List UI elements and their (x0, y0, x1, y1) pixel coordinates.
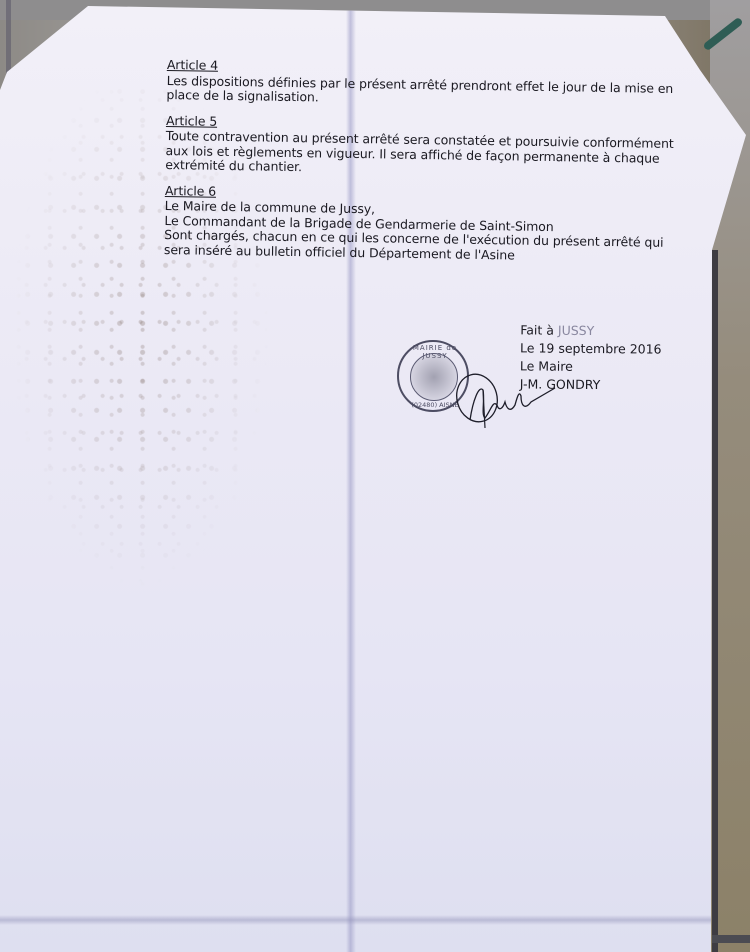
article-title: Article 5 (166, 113, 217, 128)
handwritten-signature-icon (445, 370, 575, 430)
horizontal-fold-crease (0, 915, 720, 925)
article-title: Article 4 (167, 58, 218, 73)
article-title: Article 6 (165, 183, 216, 198)
document-body: Article 4 Les dispositions définies par … (164, 58, 667, 276)
article-4: Article 4 Les dispositions définies par … (166, 58, 667, 110)
place-name: JUSSY (558, 323, 594, 338)
fence-bar-bottom (712, 935, 750, 943)
date-line: Le 19 septembre 2016 (520, 339, 662, 358)
fence-bar-right (712, 250, 718, 952)
place-line: Fait à JUSSY (520, 321, 662, 340)
place-prefix: Fait à (520, 322, 558, 337)
article-5: Article 5 Toute contravention au présent… (165, 113, 666, 180)
article-6: Article 6 Le Maire de la commune de Juss… (164, 183, 665, 264)
